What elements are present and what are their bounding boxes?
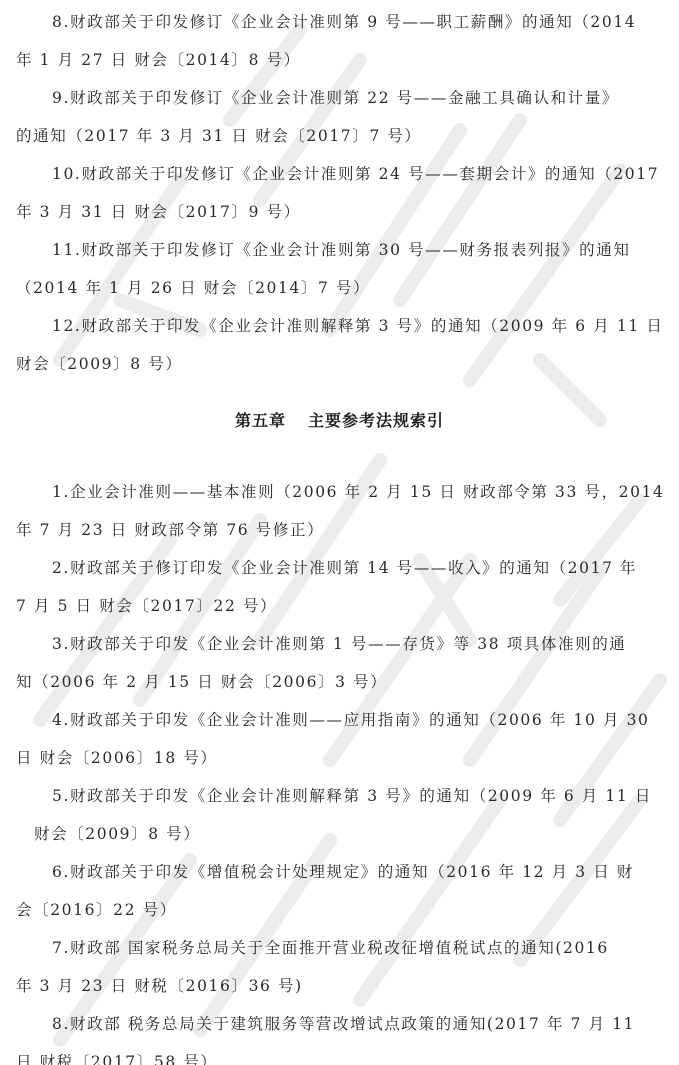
chapter-heading: 主要参考法规索引 xyxy=(308,411,444,430)
list-item-prev-11-line-1: 11.财政部关于印发修订《企业会计准则第 30 号——财务报表列报》的通知 xyxy=(52,240,664,260)
item-text: 财政部关于印发《企业会计准则第 1 号——存货》等 38 项具体准则的通 xyxy=(70,635,626,653)
item-number: 8. xyxy=(52,1015,70,1033)
list-item-1-line-2: 年 7 月 23 日 财政部令第 76 号修正） xyxy=(16,520,664,540)
list-item-5-line-2: 财会〔2009〕8 号） xyxy=(34,824,679,844)
list-item-prev-9-line-2: 的通知（2017 年 3 月 31 日 财会〔2017〕7 号） xyxy=(16,126,664,146)
list-item-3-line-2: 知（2006 年 2 月 15 日 财会〔2006〕3 号） xyxy=(16,672,664,692)
item-text: 财政部关于修订印发《企业会计准则第 14 号——收入》的通知（2017 年 xyxy=(70,559,637,577)
item-number: 6. xyxy=(52,863,70,881)
list-item-4-line-2: 日 财会〔2006〕18 号） xyxy=(16,748,664,768)
list-item-8-line-1: 8.财政部 税务总局关于建筑服务等营改增试点政策的通知(2017 年 7 月 1… xyxy=(52,1014,664,1034)
list-item-prev-10-line-2: 年 3 月 31 日 财会〔2017〕9 号） xyxy=(16,202,664,222)
item-text: 财政部关于印发修订《企业会计准则第 9 号——职工薪酬》的通知（2014 xyxy=(70,13,636,31)
list-item-prev-12-line-2: 财会〔2009〕8 号） xyxy=(16,354,664,374)
item-number: 2. xyxy=(52,559,70,577)
list-item-3-line-1: 3.财政部关于印发《企业会计准则第 1 号——存货》等 38 项具体准则的通 xyxy=(52,634,664,654)
item-text: 财政部 国家税务总局关于全面推开营业税改征增值税试点的通知(2016 xyxy=(70,939,609,957)
item-text: 企业会计准则——基本准则（2006 年 2 月 15 日 财政部令第 33 号，… xyxy=(70,483,665,501)
item-number: 10. xyxy=(52,165,81,183)
list-item-prev-8-line-2: 年 1 月 27 日 财会〔2014〕8 号） xyxy=(16,50,664,70)
item-text: 财政部关于印发《企业会计准则解释第 3 号》的通知（2009 年 6 月 11 … xyxy=(81,317,663,335)
list-item-4-line-1: 4.财政部关于印发《企业会计准则——应用指南》的通知（2006 年 10 月 3… xyxy=(52,710,664,730)
list-item-prev-8-line-1: 8.财政部关于印发修订《企业会计准则第 9 号——职工薪酬》的通知（2014 xyxy=(52,12,664,32)
list-item-1-line-1: 1.企业会计准则——基本准则（2006 年 2 月 15 日 财政部令第 33 … xyxy=(52,482,664,502)
list-item-prev-9-line-1: 9.财政部关于印发修订《企业会计准则第 22 号——金融工具确认和计量》 xyxy=(52,88,664,108)
item-text: 财政部关于印发《企业会计准则——应用指南》的通知（2006 年 10 月 30 xyxy=(70,711,650,729)
chapter-label: 第五章 xyxy=(235,411,286,430)
list-item-7-line-1: 7.财政部 国家税务总局关于全面推开营业税改征增值税试点的通知(2016 xyxy=(52,938,664,958)
list-item-2-line-2: 7 月 5 日 财会〔2017〕22 号） xyxy=(16,596,664,616)
list-item-8-line-2: 日 财税〔2017〕58 号） xyxy=(16,1052,664,1065)
list-item-6-line-1: 6.财政部关于印发《增值税会计处理规定》的通知（2016 年 12 月 3 日 … xyxy=(52,862,664,882)
item-number: 12. xyxy=(52,317,81,335)
item-text: 财政部关于印发修订《企业会计准则第 30 号——财务报表列报》的通知 xyxy=(81,241,630,259)
list-item-5-line-1: 5.财政部关于印发《企业会计准则解释第 3 号》的通知（2009 年 6 月 1… xyxy=(52,786,664,806)
item-number: 4. xyxy=(52,711,70,729)
list-item-6-line-2: 会〔2016〕22 号） xyxy=(16,900,664,920)
list-item-prev-10-line-1: 10.财政部关于印发修订《企业会计准则第 24 号——套期会计》的通知（2017 xyxy=(52,164,664,184)
list-item-prev-11-line-2: （2014 年 1 月 26 日 财会〔2014〕7 号） xyxy=(16,278,664,298)
item-text: 财政部关于印发《增值税会计处理规定》的通知（2016 年 12 月 3 日 财 xyxy=(70,863,634,881)
item-text: 财政部关于印发修订《企业会计准则第 24 号——套期会计》的通知（2017 xyxy=(81,165,659,183)
item-number: 7. xyxy=(52,939,70,957)
item-number: 5. xyxy=(52,787,70,805)
item-number: 1. xyxy=(52,483,70,501)
item-number: 3. xyxy=(52,635,70,653)
item-text: 财政部关于印发修订《企业会计准则第 22 号——金融工具确认和计量》 xyxy=(70,89,619,107)
item-text: 财政部 税务总局关于建筑服务等营改增试点政策的通知(2017 年 7 月 11 xyxy=(70,1015,635,1033)
list-item-2-line-1: 2.财政部关于修订印发《企业会计准则第 14 号——收入》的通知（2017 年 xyxy=(52,558,664,578)
item-number: 9. xyxy=(52,89,70,107)
item-text: 财政部关于印发《企业会计准则解释第 3 号》的通知（2009 年 6 月 11 … xyxy=(70,787,652,805)
chapter-title: 第五章主要参考法规索引 xyxy=(0,408,679,431)
item-number: 11. xyxy=(52,241,81,259)
list-item-prev-12-line-1: 12.财政部关于印发《企业会计准则解释第 3 号》的通知（2009 年 6 月 … xyxy=(52,316,664,336)
list-item-7-line-2: 年 3 月 23 日 财税〔2016〕36 号) xyxy=(16,976,664,996)
item-number: 8. xyxy=(52,13,70,31)
